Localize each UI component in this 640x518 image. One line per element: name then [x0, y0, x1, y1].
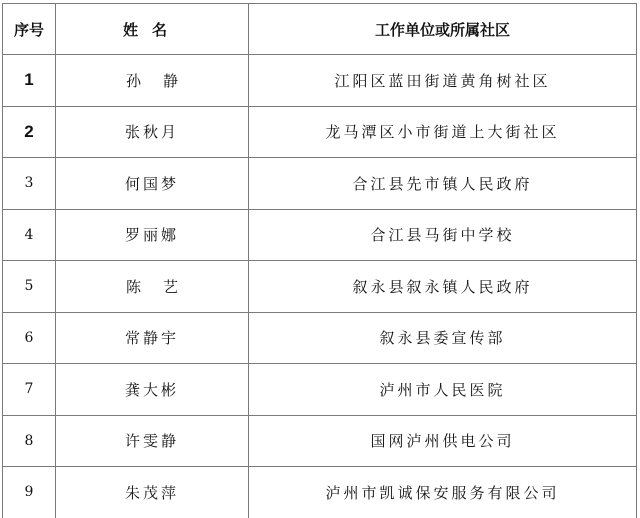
table-row: 8 许雯静 国网泸州供电公司 [3, 415, 637, 467]
roster-table: 序号 姓名 工作单位或所属社区 1 孙静 江阳区蓝田街道黄角树社区 2 张秋月 … [2, 3, 637, 518]
header-serial-number: 序号 [3, 4, 56, 55]
cell-name: 许雯静 [56, 415, 249, 467]
cell-work-unit: 叙永县叙永镇人民政府 [249, 261, 637, 313]
cell-name: 罗丽娜 [56, 209, 249, 261]
table-row: 4 罗丽娜 合江县马街中学校 [3, 209, 637, 261]
header-work-unit: 工作单位或所属社区 [249, 4, 637, 55]
cell-work-unit: 合江县马街中学校 [249, 209, 637, 261]
cell-name: 张秋月 [56, 106, 249, 158]
table-row: 1 孙静 江阳区蓝田街道黄角树社区 [3, 55, 637, 107]
header-name: 姓名 [56, 4, 249, 55]
cell-name: 何国梦 [56, 158, 249, 210]
cell-serial-number: 3 [3, 158, 56, 210]
table-row: 7 龚大彬 泸州市人民医院 [3, 364, 637, 416]
cell-serial-number: 7 [3, 364, 56, 416]
roster-document: 序号 姓名 工作单位或所属社区 1 孙静 江阳区蓝田街道黄角树社区 2 张秋月 … [2, 3, 636, 515]
cell-work-unit: 龙马潭区小市街道上大街社区 [249, 106, 637, 158]
table-header-row: 序号 姓名 工作单位或所属社区 [3, 4, 637, 55]
cell-serial-number: 6 [3, 312, 56, 364]
cell-name: 龚大彬 [56, 364, 249, 416]
cell-work-unit: 泸州市人民医院 [249, 364, 637, 416]
cell-name: 孙静 [56, 55, 249, 107]
table-row: 3 何国梦 合江县先市镇人民政府 [3, 158, 637, 210]
cell-serial-number: 5 [3, 261, 56, 313]
cell-serial-number: 9 [3, 467, 56, 518]
table-row: 9 朱茂萍 泸州市凯诚保安服务有限公司 [3, 467, 637, 518]
cell-work-unit: 国网泸州供电公司 [249, 415, 637, 467]
cell-work-unit: 江阳区蓝田街道黄角树社区 [249, 55, 637, 107]
cell-serial-number: 2 [3, 106, 56, 158]
cell-serial-number: 4 [3, 209, 56, 261]
table-row: 6 常静宇 叙永县委宣传部 [3, 312, 637, 364]
cell-work-unit: 泸州市凯诚保安服务有限公司 [249, 467, 637, 518]
cell-serial-number: 8 [3, 415, 56, 467]
cell-work-unit: 合江县先市镇人民政府 [249, 158, 637, 210]
cell-serial-number: 1 [3, 55, 56, 107]
cell-name: 陈艺 [56, 261, 249, 313]
cell-name: 常静宇 [56, 312, 249, 364]
cell-work-unit: 叙永县委宣传部 [249, 312, 637, 364]
table-row: 5 陈艺 叙永县叙永镇人民政府 [3, 261, 637, 313]
cell-name: 朱茂萍 [56, 467, 249, 518]
table-row: 2 张秋月 龙马潭区小市街道上大街社区 [3, 106, 637, 158]
